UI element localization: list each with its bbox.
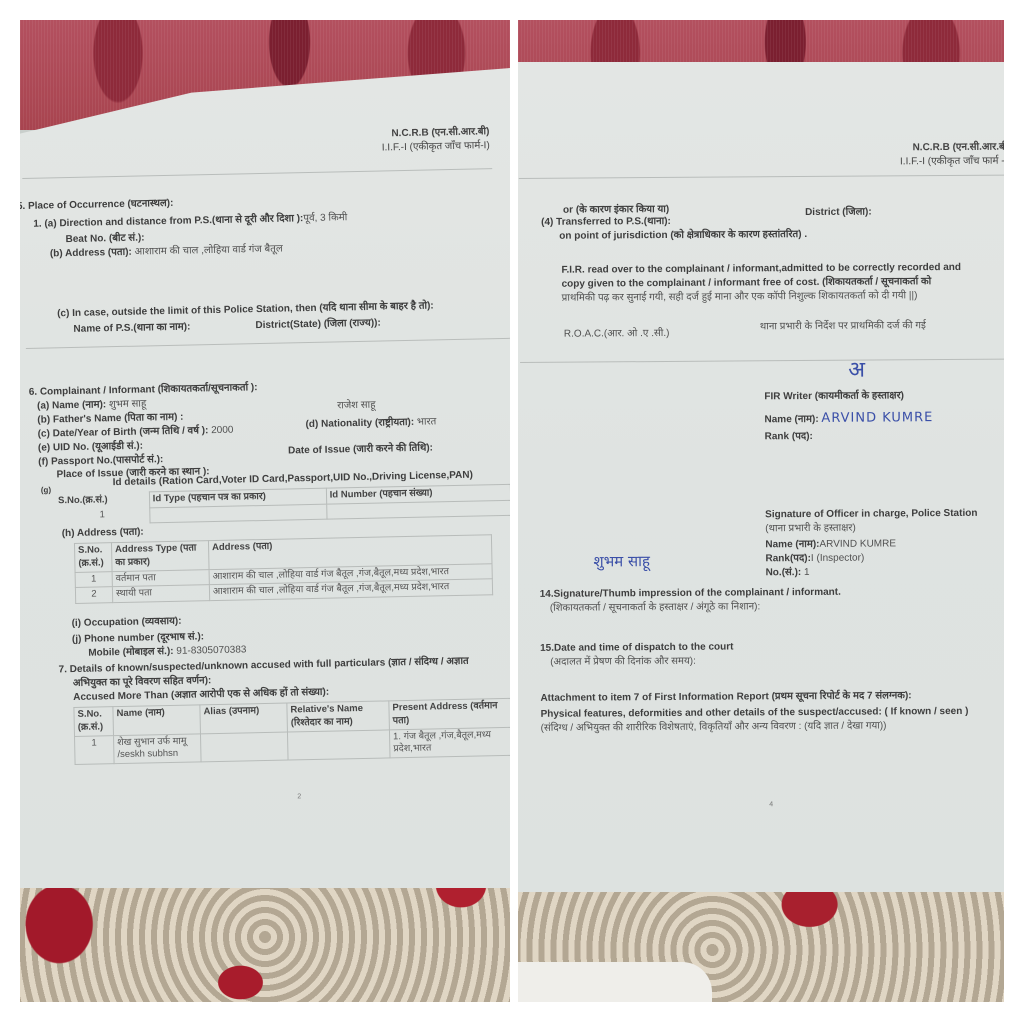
addr-col-type: Address Type (पता का प्रकार): [111, 541, 209, 572]
addr-cell-sno: 2: [75, 587, 112, 604]
ps-name-label: Name of P.S.(थाना का नाम):: [73, 320, 190, 336]
id-cell-number: [326, 500, 510, 519]
writer-signature-scribble: अ: [848, 356, 865, 386]
officer-rank-label: Rank(पद):: [765, 553, 811, 564]
document-page-4: N.C.R.B (एन.सी.आर.बी) I.I.F.-I (एकीकृत ज…: [518, 62, 1004, 892]
acc-cell-name: शेख सुभान उर्फ मामू /seskh subhsn: [113, 733, 201, 763]
fir-read-line3: प्राथमिकी पढ़ कर सुनाई गयी, सही दर्ज हुई…: [562, 289, 918, 305]
page-number: 2: [297, 792, 301, 802]
transferred-label: (4) Transferred to P.S.(थाना):: [541, 215, 671, 229]
officer-no-row: No.(सं.): 1: [766, 566, 810, 580]
mobile-row: Mobile (मोबाइल सं.): 91-8305070383: [88, 643, 246, 660]
writer-name-row: Name (नाम): ARVIND KUMRE: [764, 409, 933, 428]
physical-features-hindi: (संदिग्ध / अभियुक्त की शारीरिक विशेषताएं…: [541, 719, 887, 735]
beat-no-label: Beat No. (बीट सं.):: [65, 231, 144, 246]
header-iif: I.I.F.-I (एकीकृत जाँच फार्म -I): [900, 154, 1004, 168]
district-state-label: District(State) (जिला (राज्य)):: [255, 317, 381, 333]
acc-cell-relative: [287, 730, 390, 761]
divider: [520, 359, 1004, 363]
form-header: N.C.R.B (एन.सी.आर.बी) I.I.F.-I (एकीकृत ज…: [900, 141, 1004, 169]
id-cell-type: [149, 504, 326, 523]
fabric-background-bottom: [20, 872, 510, 1002]
writer-name-handwritten: ARVIND KUMRE: [821, 410, 933, 426]
item15-hindi: (अदालत में प्रेषण की दिनांक और समय):: [550, 655, 696, 670]
section5-title: 5. Place of Occurrence (घटनास्थल):: [20, 197, 174, 214]
left-page-photo: N.C.R.B (एन.सी.आर.बी) I.I.F.-I (एकीकृत ज…: [20, 20, 510, 1002]
nationality-label: (d) Nationality (राष्ट्रीयता):: [305, 417, 414, 430]
nationality-value: भारत: [417, 416, 437, 427]
officer-signature-hindi: (थाना प्रभारी के हस्ताक्षर): [765, 522, 856, 536]
address-value: आशाराम की चाल ,लोहिया वार्ड गंज बैतूल: [134, 244, 282, 258]
roac-value: थाना प्रभारी के निर्देश पर प्राथमिकी दर्…: [760, 319, 926, 334]
mobile-value: 91-8305070383: [176, 644, 246, 656]
acc-col-address: Present Address (वर्तमान पता): [389, 698, 510, 729]
dob-value: 2000: [211, 425, 233, 436]
district-label: District (जिला):: [805, 206, 872, 220]
officer-name-label: Name (नाम):: [765, 539, 819, 550]
acc-col-alias: Alias (उपनाम): [200, 703, 288, 733]
id-details-table: S.No.(क्र.सं.) Id Type (पहचान पत्र का प्…: [55, 484, 510, 525]
acc-cell-address: 1. गंज बैतूल ,गंज,बैतूल,मध्य प्रदेश,भारत: [389, 727, 510, 758]
officer-name-value: ARVIND KUMRE: [819, 538, 896, 550]
acc-cell-sno: 1: [75, 735, 115, 764]
occupation-label: (i) Occupation (व्यवसाय):: [72, 615, 182, 631]
officer-rank-value: I (Inspector): [811, 553, 864, 564]
officer-no-value: 1: [804, 567, 810, 578]
officer-signature-label: Signature of Officer in charge, Police S…: [765, 507, 977, 522]
header-ncrb: N.C.R.B (एन.सी.आर.बी): [900, 141, 1004, 155]
address-table: S.No. (क्र.सं.) Address Type (पता का प्र…: [74, 534, 493, 604]
mobile-label: Mobile (मोबाइल सं.):: [88, 646, 174, 659]
addr-cell-type: स्थायी पता: [112, 585, 209, 603]
writer-name-label: Name (नाम):: [764, 414, 818, 425]
fir-writer-label: FIR Writer (कायमीकर्ता के हस्ताक्षर): [764, 389, 904, 403]
divider: [519, 175, 1004, 179]
officer-name-row: Name (नाम):ARVIND KUMRE: [765, 537, 896, 551]
roac-label: R.O.A.C.(आर. ओ .ए .सी.): [564, 327, 670, 341]
jurisdiction-label: on point of jurisdiction (को क्षेत्राधिक…: [559, 228, 807, 243]
date-issue-label: Date of Issue (जारी करने की तिथि):: [288, 441, 433, 458]
pillow: [518, 962, 712, 1002]
name-value: शुभम साहू: [109, 398, 146, 410]
nationality-row: (d) Nationality (राष्ट्रीयता): भारत: [305, 415, 436, 431]
acc-cell-alias: [200, 732, 288, 762]
dob-row: (c) Date/Year of Birth (जन्म तिथि / वर्ष…: [38, 424, 234, 442]
divider: [22, 168, 492, 179]
father-name-value: राजेश साहू: [337, 399, 376, 413]
acc-col-relative: Relative's Name (रिश्तेदार का नाम): [287, 701, 390, 732]
divider: [26, 338, 510, 349]
addr-cell-sno: 1: [75, 571, 112, 588]
officer-rank-row: Rank(पद):I (Inspector): [765, 552, 864, 566]
direction-label: 1. (a) Direction and distance from P.S.(…: [33, 213, 303, 230]
complainant-signature: शुभम साहू: [593, 551, 650, 572]
header-iif: I.I.F.-I (एकीकृत जाँच फार्म-I): [382, 139, 490, 155]
direction-row: 1. (a) Direction and distance from P.S.(…: [33, 211, 347, 231]
item15-label: 15.Date and time of dispatch to the cour…: [540, 641, 733, 656]
page-number: 4: [769, 800, 773, 809]
address-section-label: (h) Address (पता):: [62, 526, 144, 541]
document-page-2: N.C.R.B (एन.सी.आर.बी) I.I.F.-I (एकीकृत ज…: [20, 68, 510, 888]
id-details-marker: (g): [41, 485, 51, 496]
acc-col-name: Name (नाम): [113, 705, 201, 735]
addr-col-sno: S.No. (क्र.सं.): [74, 543, 112, 572]
item14-hindi: (शिकायतकर्ता / सूचनाकर्ता के हस्ताक्षर /…: [550, 600, 761, 615]
dob-label: (c) Date/Year of Birth (जन्म तिथि / वर्ष…: [38, 425, 209, 440]
physical-features-label: Physical features, deformities and other…: [541, 705, 969, 721]
direction-value: पूर्व, 3 किमी: [303, 212, 347, 224]
attachment-title: Attachment to item 7 of First Informatio…: [540, 689, 911, 705]
acc-col-sno: S.No. (क्र.सं.): [74, 707, 114, 736]
form-header: N.C.R.B (एन.सी.आर.बी) I.I.F.-I (एकीकृत ज…: [381, 125, 489, 154]
name-label: (a) Name (नाम):: [37, 399, 106, 411]
accused-table: S.No. (क्र.सं.) Name (नाम) Alias (उपनाम)…: [73, 698, 510, 765]
right-page-photo: N.C.R.B (एन.सी.आर.बी) I.I.F.-I (एकीकृत ज…: [518, 20, 1004, 1002]
officer-no-label: No.(सं.):: [766, 567, 802, 578]
id-cell-sno: 1: [55, 508, 149, 525]
address-label: (b) Address (पता):: [50, 247, 132, 260]
item14-label: 14.Signature/Thumb impression of the com…: [540, 586, 841, 602]
writer-rank-label: Rank (पद):: [765, 430, 813, 444]
